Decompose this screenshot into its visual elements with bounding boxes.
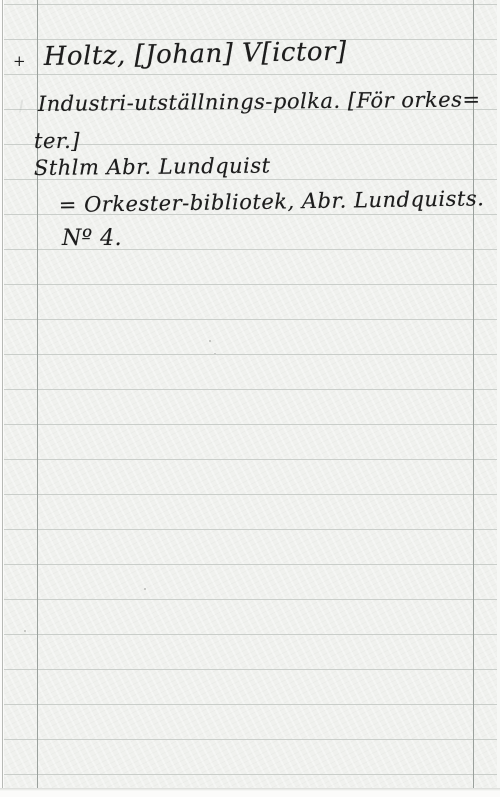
scan-bottom-edge xyxy=(0,788,500,791)
paper-speck xyxy=(214,353,216,354)
plus-mark: + xyxy=(13,52,26,70)
title-line-2: ter.] xyxy=(34,129,80,153)
ruled-lines xyxy=(4,0,500,790)
right-margin-line xyxy=(473,0,474,790)
author-heading-line: Holtz, [Johan] V[ictor] xyxy=(43,37,346,72)
imprint-line: Sthlm Abr. Lundquist xyxy=(34,154,271,180)
paper-speck xyxy=(209,340,211,342)
scan-left-edge xyxy=(2,0,3,790)
paper-speck xyxy=(24,630,26,632)
scanned-catalog-card: + Holtz, [Johan] V[ictor] Industri-utstä… xyxy=(0,0,500,797)
left-margin-line xyxy=(37,0,38,790)
number-line: Nº 4. xyxy=(62,226,122,251)
paper-page: + Holtz, [Johan] V[ictor] Industri-utstä… xyxy=(4,0,500,790)
paper-speck xyxy=(144,588,146,590)
title-line-1: Industri-utställnings-polka. [För orkes= xyxy=(38,87,481,116)
